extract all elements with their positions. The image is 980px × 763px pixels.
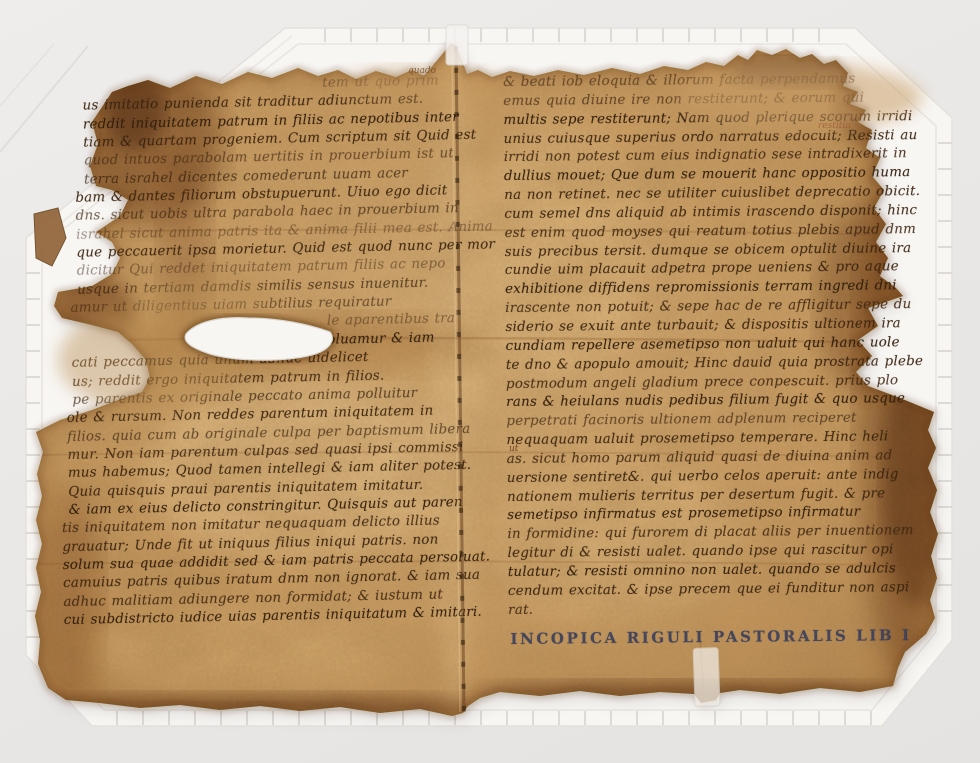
mount-ticks-left bbox=[26, 250, 40, 646]
manuscript-line-right-29: rat. bbox=[508, 598, 920, 621]
right-page-text-column: & beati iob eloquia & illorum facta perp… bbox=[503, 70, 920, 648]
manuscript-photograph: tem ut quo prim us imitatio punienda sit… bbox=[0, 0, 980, 763]
mount-ticks-top bbox=[300, 28, 840, 42]
manuscript-line-right-2: emus quia diuine ire non restiterunt; & … bbox=[503, 89, 915, 112]
left-page-text-column: tem ut quo prim us imitatio punienda sit… bbox=[60, 72, 471, 630]
interlinear-note: ut bbox=[509, 444, 518, 454]
mount-ticks-right bbox=[938, 130, 952, 626]
manuscript-line-left-1: tem ut quo prim bbox=[322, 72, 460, 93]
manuscript-line-right-19: perpetrati facinoris ultionem adplenum r… bbox=[506, 409, 918, 432]
manuscript-line-left-14: le aparentibus tra bbox=[327, 310, 465, 331]
manuscript-line-right-28: cendum excitat. & ipse precem que ei fun… bbox=[508, 579, 920, 602]
interlinear-note: quado bbox=[408, 66, 436, 76]
interlinear-note: restitui bbox=[818, 121, 851, 131]
